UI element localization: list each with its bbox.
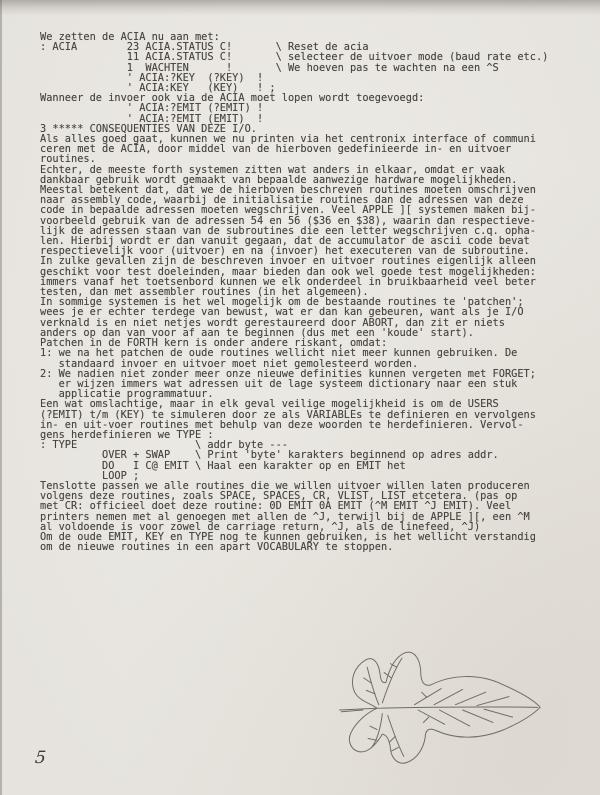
forth-code-acia: : ACIA 23 ACIA.STATUS C! \ Reset de acia… (40, 42, 585, 93)
list-item-2: 2: We nadien niet zonder meer onze nieuw… (40, 369, 585, 400)
paragraph-in-zulke: In zulke gevallen zijn de beschreven inv… (40, 256, 585, 297)
page-number: 5 (34, 748, 47, 768)
list-item-1: 1: we na het patchen de oude routines we… (40, 348, 585, 368)
paragraph-meestal: Meestal betekent dat, dat we de hierbove… (40, 185, 585, 256)
paragraph-als-alles: Als alles goed gaat, kunnen we nu printe… (40, 134, 585, 165)
paragraph-echter: Echter, de meeste forth systemen zitten … (40, 165, 585, 185)
paragraph-omslachtig: Een wat omslachtige, maar in elk geval v… (40, 399, 585, 440)
forth-code-emit: ' ACIA:?EMIT (?EMIT) ! ' ACIA:?EMIT (EMI… (40, 103, 585, 123)
page-content: We zetten de ACIA nu aan met: : ACIA 23 … (40, 32, 585, 552)
forth-code-type: : TYPE \ addr byte --- OVER + SWAP \ Pri… (40, 440, 585, 481)
scanned-page: We zetten de ACIA nu aan met: : ACIA 23 … (0, 0, 600, 795)
paragraph-tenslotte: Tenslotte passen we alle routines die we… (40, 481, 585, 532)
paragraph-om-de-oude: Om de oude EMIT, KEY en TYPE nog te kunn… (40, 532, 585, 552)
paragraph-in-sommige: In sommige systemen is het wel mogelijk … (40, 297, 585, 348)
leaf-drawing (336, 646, 550, 774)
